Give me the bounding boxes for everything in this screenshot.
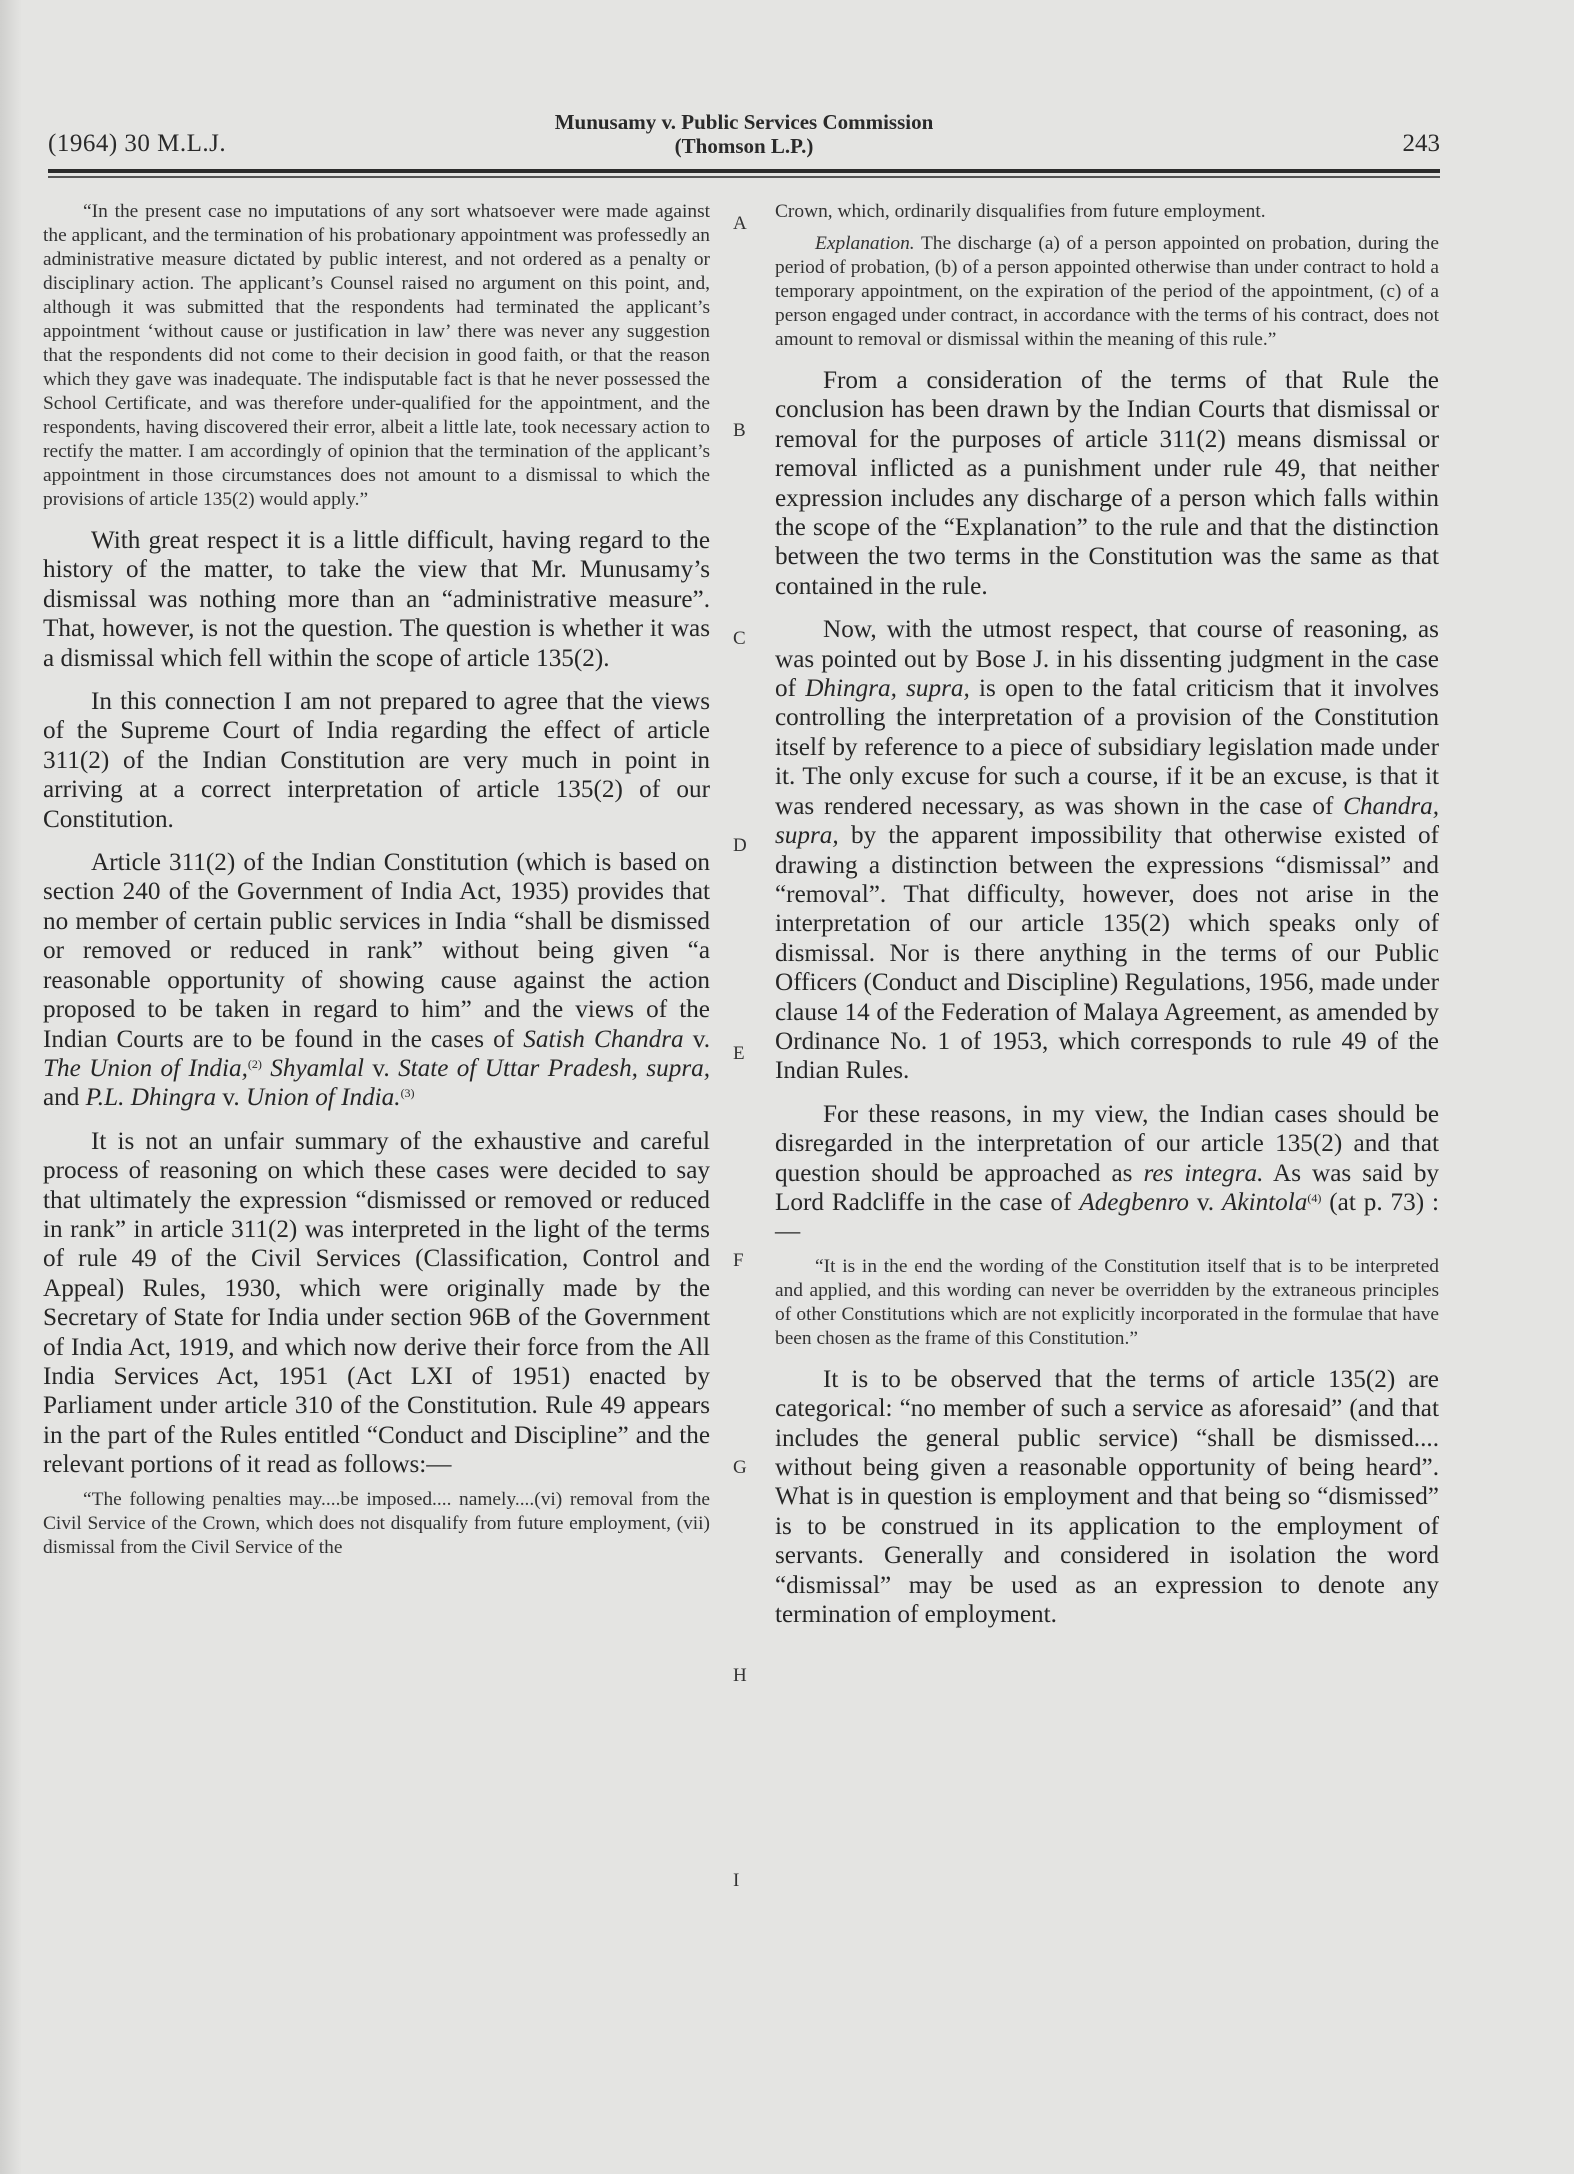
quoted-rule-49-continued: Crown, which, ordinarily disqualifies fr… xyxy=(775,200,1439,224)
margin-letter: H xyxy=(733,1665,747,1687)
quoted-radcliffe-passage: “It is in the end the wording of the Con… xyxy=(775,1255,1439,1351)
right-column: Crown, which, ordinarily disqualifies fr… xyxy=(775,200,1439,1629)
case-name: State of Uttar Pradesh, supra, xyxy=(398,1055,710,1082)
case-name: The Union of India, xyxy=(43,1055,248,1082)
running-header: (1964) 30 M.L.J. Munusamy v. Public Serv… xyxy=(48,108,1440,168)
case-title-block: Munusamy v. Public Services Commission (… xyxy=(48,110,1440,158)
quoted-judgment-passage: “In the present case no imputations of a… xyxy=(43,200,710,512)
margin-letter: C xyxy=(733,628,746,650)
paragraph: For these reasons, in my view, the India… xyxy=(775,1100,1439,1247)
rule-explanation: Explanation. The discharge (a) of a pers… xyxy=(775,232,1439,352)
margin-letter: A xyxy=(733,213,747,235)
case-name: Satish Chandra xyxy=(523,1026,683,1053)
latin-phrase: res integra. xyxy=(1143,1160,1263,1187)
case-name: Dhingra, supra, xyxy=(805,675,970,702)
versus: v. xyxy=(1197,1189,1214,1216)
explanation-label: Explanation. xyxy=(815,233,915,254)
header-rule-thick xyxy=(48,169,1440,173)
versus: v. xyxy=(693,1026,710,1053)
header-rule-thin xyxy=(48,176,1440,178)
paragraph: Now, with the utmost respect, that cours… xyxy=(775,615,1439,1086)
conjunction: and xyxy=(43,1084,79,1111)
margin-letter: D xyxy=(733,835,747,857)
paragraph-case-citations: Article 311(2) of the Indian Constitutio… xyxy=(43,848,710,1113)
case-name: Shyamlal xyxy=(270,1055,364,1082)
margin-letter: F xyxy=(733,1250,744,1272)
left-column: “In the present case no imputations of a… xyxy=(43,200,710,1560)
page-edge-shadow xyxy=(0,0,22,2174)
versus: v. xyxy=(372,1055,389,1082)
footnote-ref: (3) xyxy=(401,1086,415,1100)
paragraph: It is to be observed that the terms of a… xyxy=(775,1365,1439,1630)
footnote-ref: (2) xyxy=(248,1057,262,1071)
paragraph: With great respect it is a little diffic… xyxy=(43,526,710,673)
paragraph-text: by the apparent impossibility that other… xyxy=(775,822,1439,1084)
case-title: Munusamy v. Public Services Commission xyxy=(48,110,1440,134)
paragraph: It is not an unfair summary of the exhau… xyxy=(43,1127,710,1480)
case-name: Adegbenro xyxy=(1079,1189,1189,1216)
paragraph: From a consideration of the terms of tha… xyxy=(775,366,1439,601)
case-name: Akintola xyxy=(1222,1189,1307,1216)
paragraph: In this connection I am not prepared to … xyxy=(43,687,710,834)
case-name: Union of India. xyxy=(246,1084,401,1111)
judge-name: (Thomson L.P.) xyxy=(48,134,1440,158)
margin-letter: I xyxy=(733,1870,739,1892)
margin-letter: E xyxy=(733,1043,745,1065)
quoted-rule-49: “The following penalties may....be impos… xyxy=(43,1488,710,1560)
case-name: P.L. Dhingra xyxy=(86,1084,216,1111)
margin-letter: B xyxy=(733,420,746,442)
page-number: 243 xyxy=(1403,130,1441,158)
footnote-ref: (4) xyxy=(1307,1191,1321,1205)
versus: v. xyxy=(222,1084,239,1111)
margin-letter: G xyxy=(733,1457,747,1479)
paragraph-text: Article 311(2) of the Indian Constitutio… xyxy=(43,849,710,1052)
